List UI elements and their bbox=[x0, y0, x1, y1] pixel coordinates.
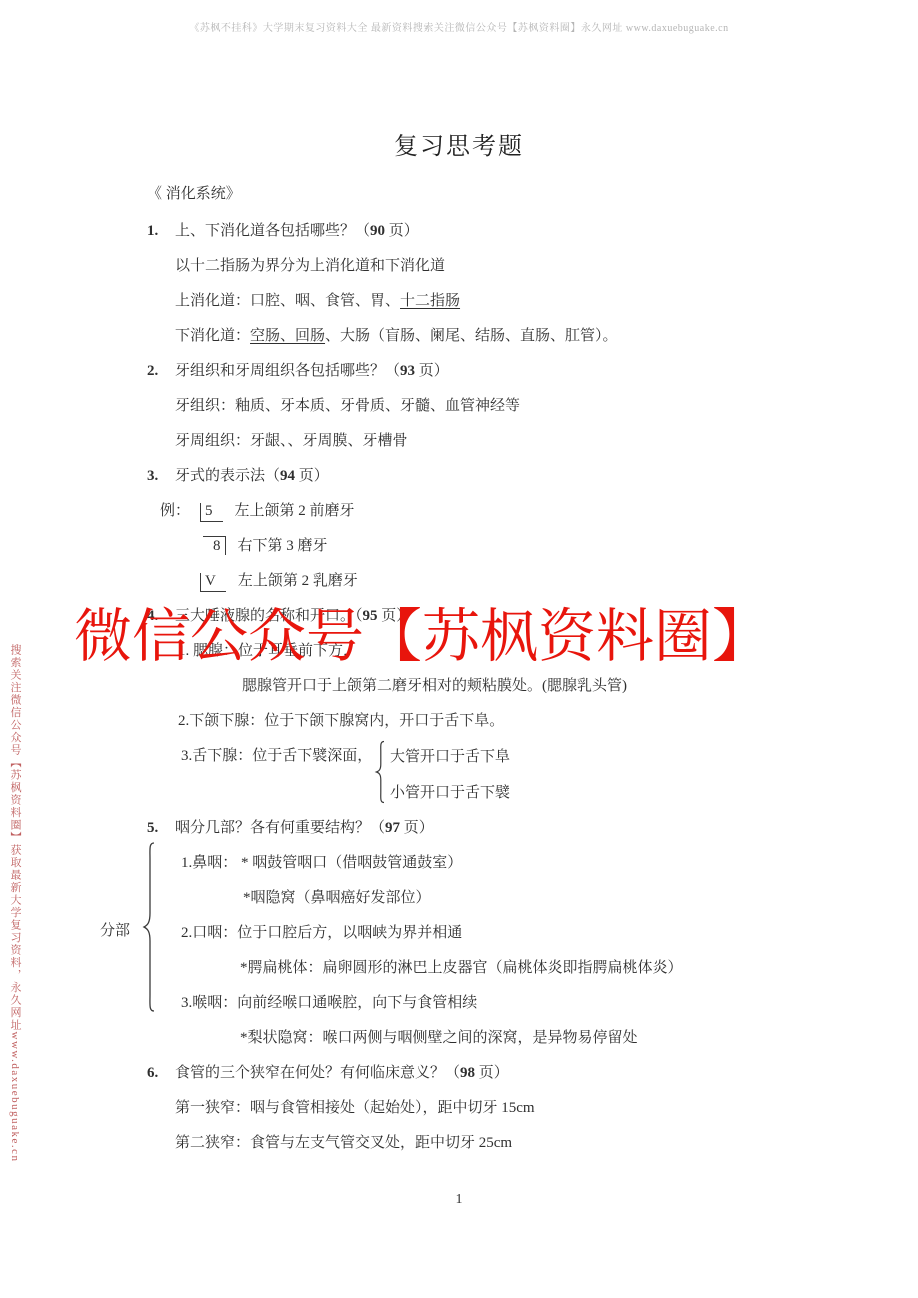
dental-example-line: V左上颌第 2 乳磨牙 bbox=[200, 571, 358, 592]
left-vertical-watermark: 搜索关注微信公众号【苏枫资料圈】获取最新大学复习资料，永久网址www.daxue… bbox=[7, 644, 23, 1074]
answer-line: 2.口咽：位于口腔后方，以咽峡为界并相通 bbox=[181, 923, 462, 943]
answer-line: 腮腺管开口于上颌第二磨牙相对的颊粘膜处。(腮腺乳头管) bbox=[242, 676, 627, 696]
question-1-title: 1.上、下消化道各包括哪些？（90 页） bbox=[147, 221, 419, 241]
answer-line: 2.下颌下腺：位于下颌下腺窝内，开口于舌下阜。 bbox=[178, 711, 504, 731]
dental-notation-lower-right: 8 bbox=[203, 536, 226, 555]
dental-desc: 左上颌第 2 乳磨牙 bbox=[238, 573, 358, 589]
question-6-page-ref: 98 bbox=[460, 1065, 475, 1081]
answer-line: 3.舌下腺：位于舌下襞深面， bbox=[181, 746, 372, 766]
answer-line: 3.喉咽：向前经喉口通喉腔，向下与食管相续 bbox=[181, 993, 477, 1013]
page-number: 1 bbox=[0, 1192, 918, 1208]
question-5-text: 咽分几部？各有何重要结构？（ bbox=[175, 820, 385, 836]
question-2-title: 2.牙组织和牙周组织各包括哪些？（93 页） bbox=[147, 361, 449, 381]
document-page: 《苏枫不挂科》大学期末复习资料大全 最新资料搜索关注微信公众号【苏枫资料圈】永久… bbox=[0, 0, 918, 1298]
answer-line: *咽隐窝（鼻咽癌好发部位） bbox=[243, 888, 431, 908]
question-3-text: 牙式的表示法（ bbox=[175, 468, 280, 484]
question-3-number: 3. bbox=[147, 466, 175, 486]
example-label: 例： bbox=[160, 501, 200, 521]
dental-desc: 右下第 3 磨牙 bbox=[238, 538, 328, 554]
question-1-page-ref: 90 bbox=[370, 223, 385, 239]
question-3-title: 3.牙式的表示法（94 页） bbox=[147, 466, 329, 486]
question-3-page-ref: 94 bbox=[280, 468, 295, 484]
answer-line: 下消化道：空肠、回肠、大肠（盲肠、阑尾、结肠、直肠、肛管）。 bbox=[175, 326, 618, 346]
question-6-number: 6. bbox=[147, 1063, 175, 1083]
dental-example-line: 8右下第 3 磨牙 bbox=[203, 536, 328, 556]
question-3-text-tail: 页） bbox=[295, 468, 329, 484]
question-6-text: 食管的三个狭窄在何处？有何临床意义？（ bbox=[175, 1065, 460, 1081]
dental-desc: 左上颌第 2 前磨牙 bbox=[235, 503, 355, 519]
question-1-text: 上、下消化道各包括哪些？（ bbox=[175, 223, 370, 239]
answer-line: 上消化道：口腔、咽、食管、胃、十二指肠 bbox=[175, 291, 460, 311]
question-6-text-tail: 页） bbox=[475, 1065, 509, 1081]
page-title: 复习思考题 bbox=[0, 126, 918, 161]
question-2-text: 牙组织和牙周组织各包括哪些？（ bbox=[175, 363, 400, 379]
brace-item: 小管开口于舌下襞 bbox=[390, 783, 510, 803]
question-1-text-tail: 页） bbox=[385, 223, 419, 239]
underlined-term: 十二指肠 bbox=[400, 293, 460, 309]
answer-line: 牙组织：釉质、牙本质、牙骨质、牙髓、血管神经等 bbox=[175, 396, 520, 416]
question-1-number: 1. bbox=[147, 221, 175, 241]
answer-line: *梨状隐窝：喉口两侧与咽侧壁之间的深窝，是异物易停留处 bbox=[240, 1028, 638, 1048]
dental-example-line: 例：5左上颌第 2 前磨牙 bbox=[160, 501, 355, 522]
answer-line: 牙周组织：牙龈、、牙周膜、牙槽骨 bbox=[175, 431, 408, 451]
question-5-text-tail: 页） bbox=[400, 820, 434, 836]
answer-text: 上消化道：口腔、咽、食管、胃、 bbox=[175, 293, 400, 309]
question-5-number: 5. bbox=[147, 818, 175, 838]
underlined-term: 空肠、回肠 bbox=[250, 328, 325, 344]
answer-text: 下消化道： bbox=[175, 328, 250, 344]
answer-line: 1.鼻咽： * 咽鼓管咽口（借咽鼓管通鼓室） bbox=[181, 853, 462, 873]
side-label: 分部 bbox=[100, 921, 130, 941]
answer-text-tail: 、大肠（盲肠、阑尾、结肠、直肠、肛管）。 bbox=[325, 328, 618, 344]
question-5-page-ref: 97 bbox=[385, 820, 400, 836]
dental-notation-deciduous: V bbox=[200, 573, 226, 592]
answer-line: *腭扁桃体：扁卵圆形的淋巴上皮器官（扁桃体炎即指腭扁桃体炎） bbox=[240, 958, 683, 978]
brace-item: 大管开口于舌下阜 bbox=[390, 747, 510, 767]
top-watermark-text: 《苏枫不挂科》大学期末复习资料大全 最新资料搜索关注微信公众号【苏枫资料圈】永久… bbox=[0, 19, 918, 34]
question-2-page-ref: 93 bbox=[400, 363, 415, 379]
large-brace bbox=[141, 841, 157, 1013]
question-5-title: 5.咽分几部？各有何重要结构？（97 页） bbox=[147, 818, 434, 838]
section-heading: 《 消化系统》 bbox=[147, 184, 241, 204]
big-red-watermark: 微信公众号【苏枫资料圈】 bbox=[74, 604, 770, 670]
question-2-text-tail: 页） bbox=[415, 363, 449, 379]
question-6-title: 6.食管的三个狭窄在何处？有何临床意义？（98 页） bbox=[147, 1063, 509, 1083]
dental-notation-upper-left: 5 bbox=[200, 503, 223, 522]
answer-line: 第二狭窄：食管与左支气管交叉处，距中切牙 25cm bbox=[175, 1133, 512, 1153]
answer-line: 以十二指肠为界分为上消化道和下消化道 bbox=[175, 256, 445, 276]
question-2-number: 2. bbox=[147, 361, 175, 381]
small-brace bbox=[374, 740, 386, 804]
answer-line: 第一狭窄：咽与食管相接处（起始处），距中切牙 15cm bbox=[175, 1098, 535, 1118]
